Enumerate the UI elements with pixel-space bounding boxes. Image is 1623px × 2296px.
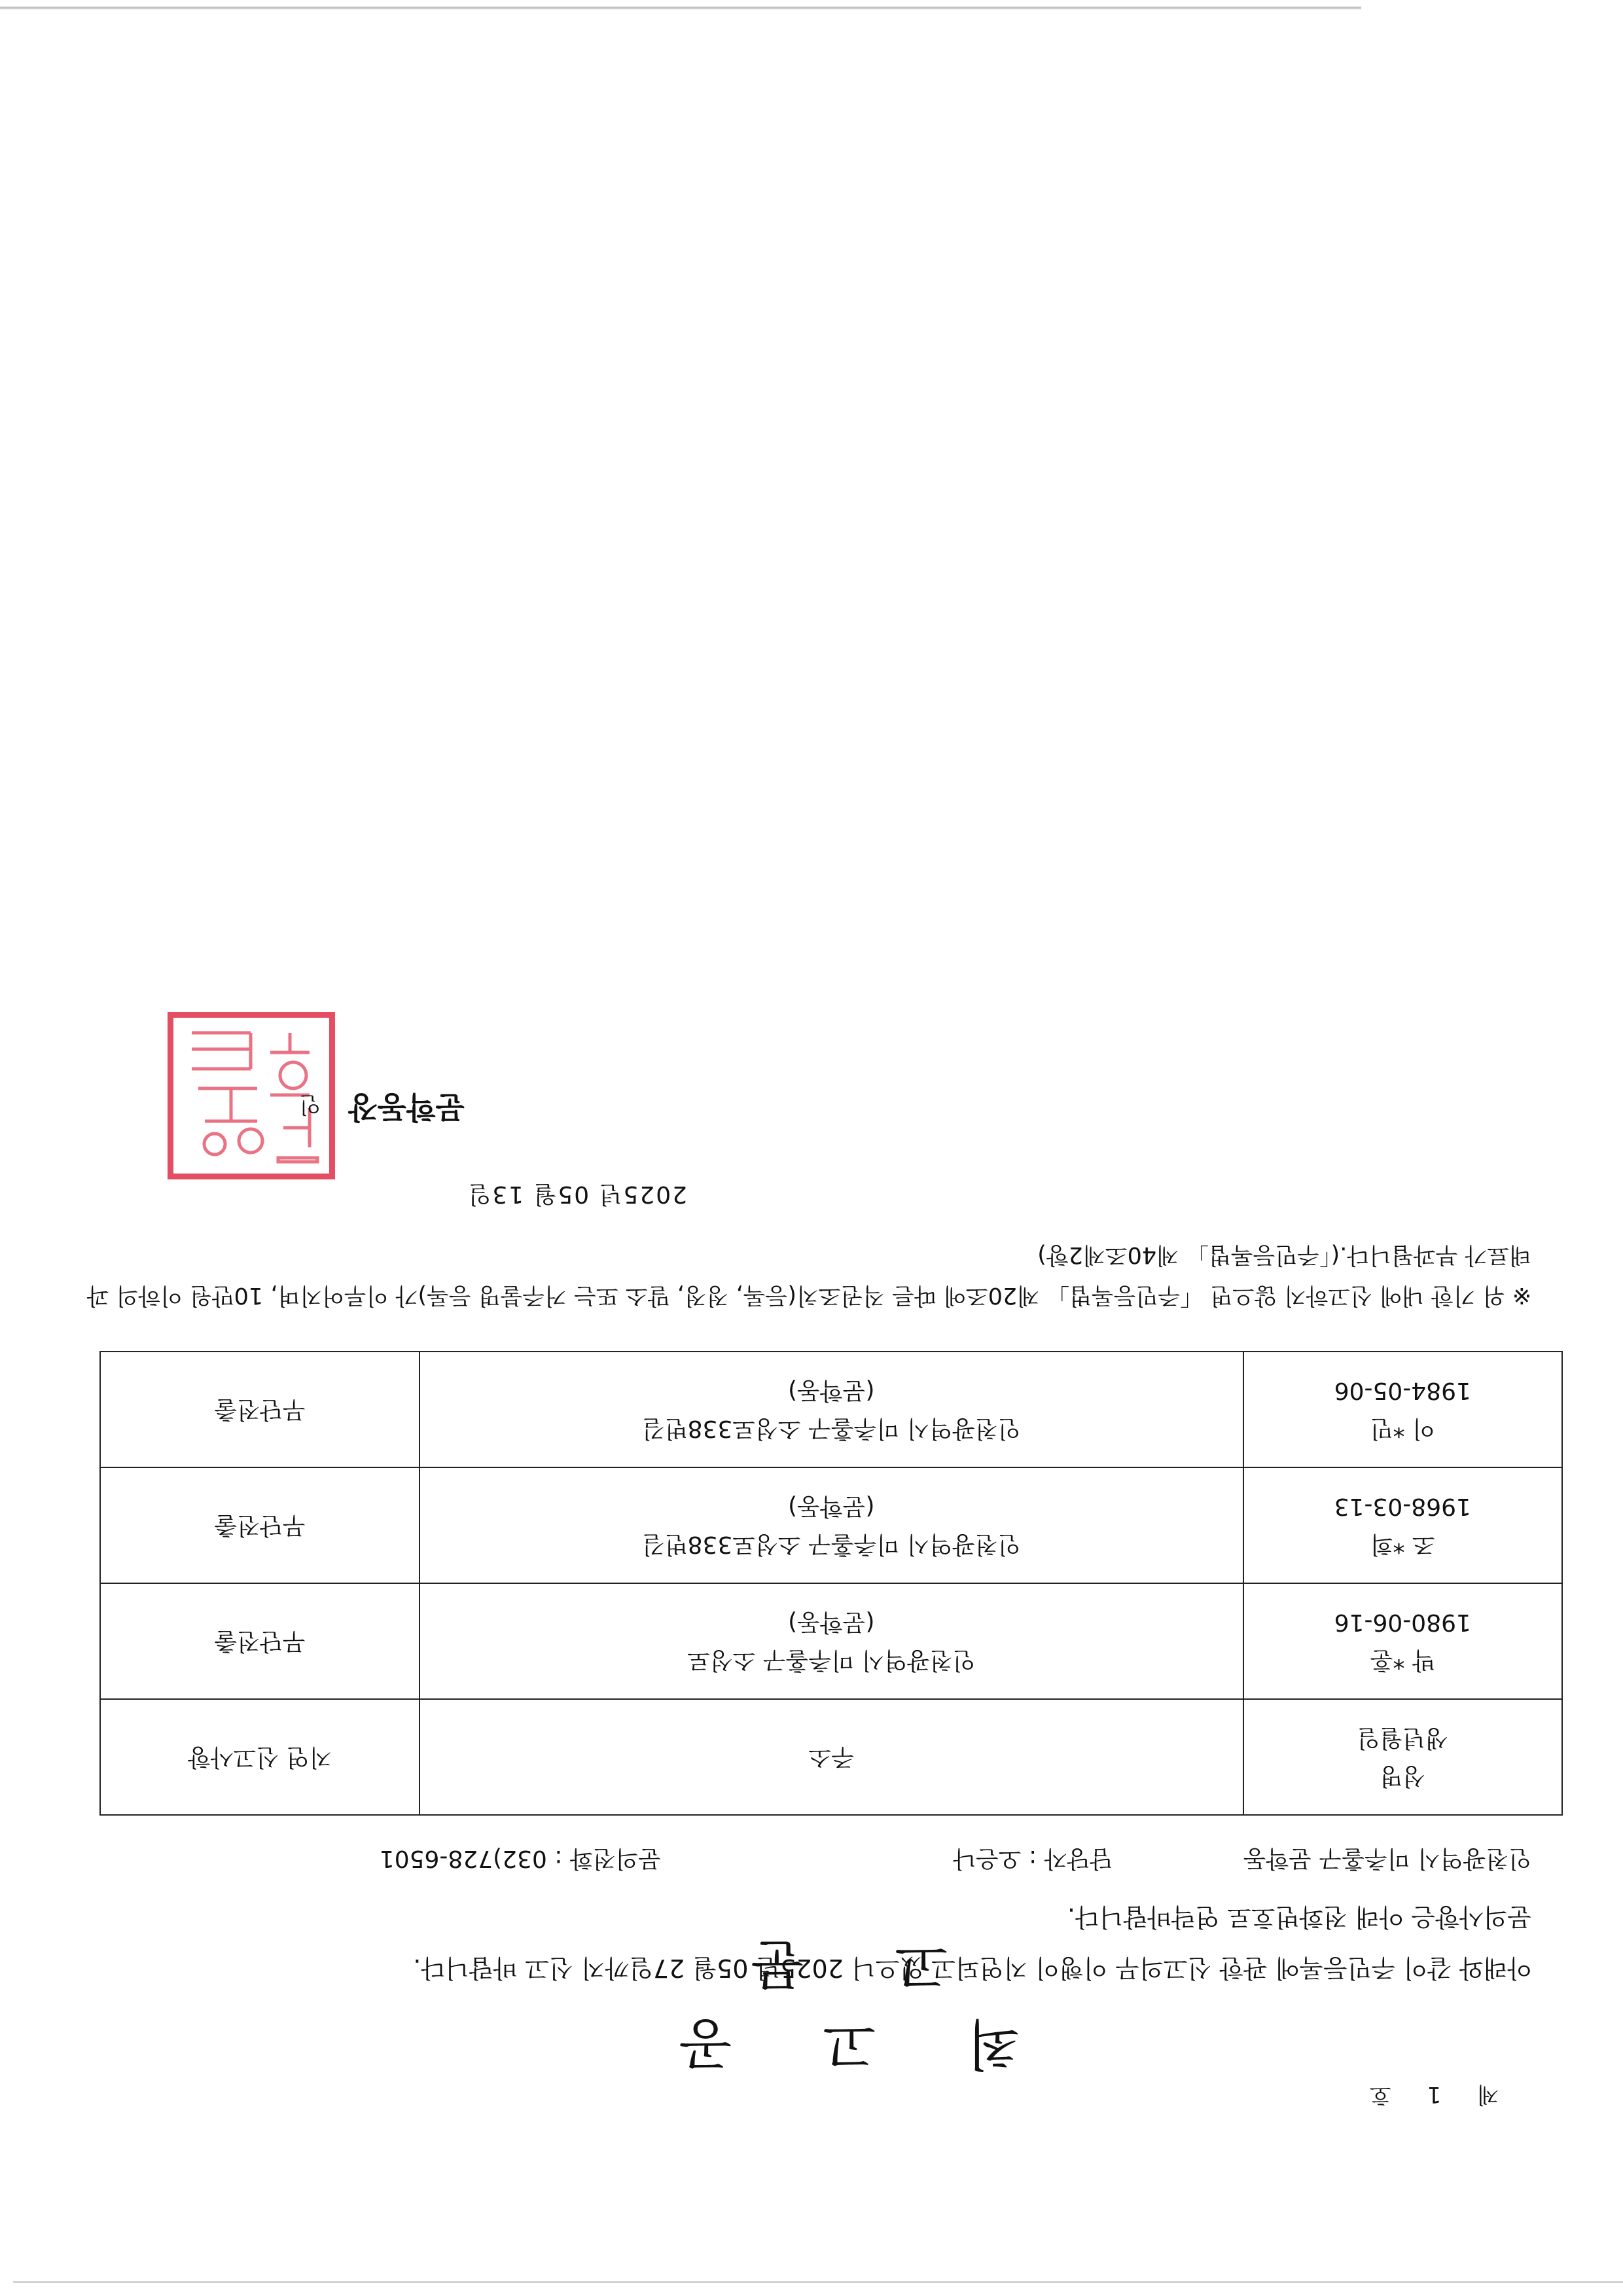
contact-phone: 문의전화 : 032)728-6501 <box>380 1844 661 1877</box>
cell-address: 인천광역시 미추홀구 소성로338번길 (문학동) <box>419 1467 1243 1583</box>
table-header-row: 성명 생년월일 주소 지연 신고사항 <box>100 1699 1562 1815</box>
legal-note: ※ 위 기한 내에 신고하지 않으면 「주민등록법」 제20조에 따른 직권조치… <box>65 1234 1531 1316</box>
scan-edge-artifact <box>0 6 1361 10</box>
cell-name-birth: 이 *민 1984-05-06 <box>1243 1352 1562 1467</box>
header-status: 지연 신고사항 <box>100 1699 419 1815</box>
issue-date: 2025년 05월 13일 <box>467 1179 687 1213</box>
cell-status: 무단전출 <box>100 1467 419 1583</box>
document-number: 제 1 호 <box>1355 2081 1499 2113</box>
seal-label: 인 <box>299 1091 321 1117</box>
signatory: 문학동장 인 <box>299 1088 465 1131</box>
cell-address: 인천광역시 미추홀구 소성로338번길 (문학동) <box>419 1352 1243 1467</box>
scan-edge-artifact <box>13 2281 1623 2283</box>
delinquent-residents-table: 성명 생년월일 주소 지연 신고사항 박 *훈 1980-06-16 인천광역시… <box>99 1351 1563 1816</box>
table-row: 조 *희 1968-03-13 인천광역시 미추홀구 소성로338번길 (문학동… <box>100 1467 1562 1583</box>
manager-name: 담당자 : 오은나 <box>953 1844 1113 1877</box>
cell-address: 인천광역시 미추홀구 소성로 (문학동) <box>419 1583 1243 1699</box>
signatory-title: 문학동장 <box>348 1090 465 1125</box>
table-row: 박 *훈 1980-06-16 인천광역시 미추홀구 소성로 (문학동) 무단전… <box>100 1583 1562 1699</box>
cell-status: 무단전출 <box>100 1583 419 1699</box>
cell-name-birth: 박 *훈 1980-06-16 <box>1243 1583 1562 1699</box>
office-name: 인천광역시 미추홀구 문학동 <box>1243 1844 1531 1877</box>
table-row: 이 *민 1984-05-06 인천광역시 미추홀구 소성로338번길 (문학동… <box>100 1352 1562 1467</box>
scanned-notice-page: 제 1 호 최 고 공 고 문 아래와 같이 주민등록에 관한 신고의무 이행이… <box>0 0 1623 2296</box>
cell-status: 무단전출 <box>100 1352 419 1467</box>
header-address: 주소 <box>419 1699 1243 1815</box>
cell-name-birth: 조 *희 1968-03-13 <box>1243 1467 1562 1583</box>
body-text: 아래와 같이 주민등록에 관한 신고의무 이행이 지연되고 있으니 2025년 … <box>65 1892 1531 1994</box>
header-name-birth: 성명 생년월일 <box>1243 1699 1562 1815</box>
body-line: 아래와 같이 주민등록에 관한 신고의무 이행이 지연되고 있으니 2025년 … <box>65 1943 1531 1994</box>
body-line: 문의사항은 아래 전화번호로 연락바랍니다. <box>65 1892 1531 1943</box>
